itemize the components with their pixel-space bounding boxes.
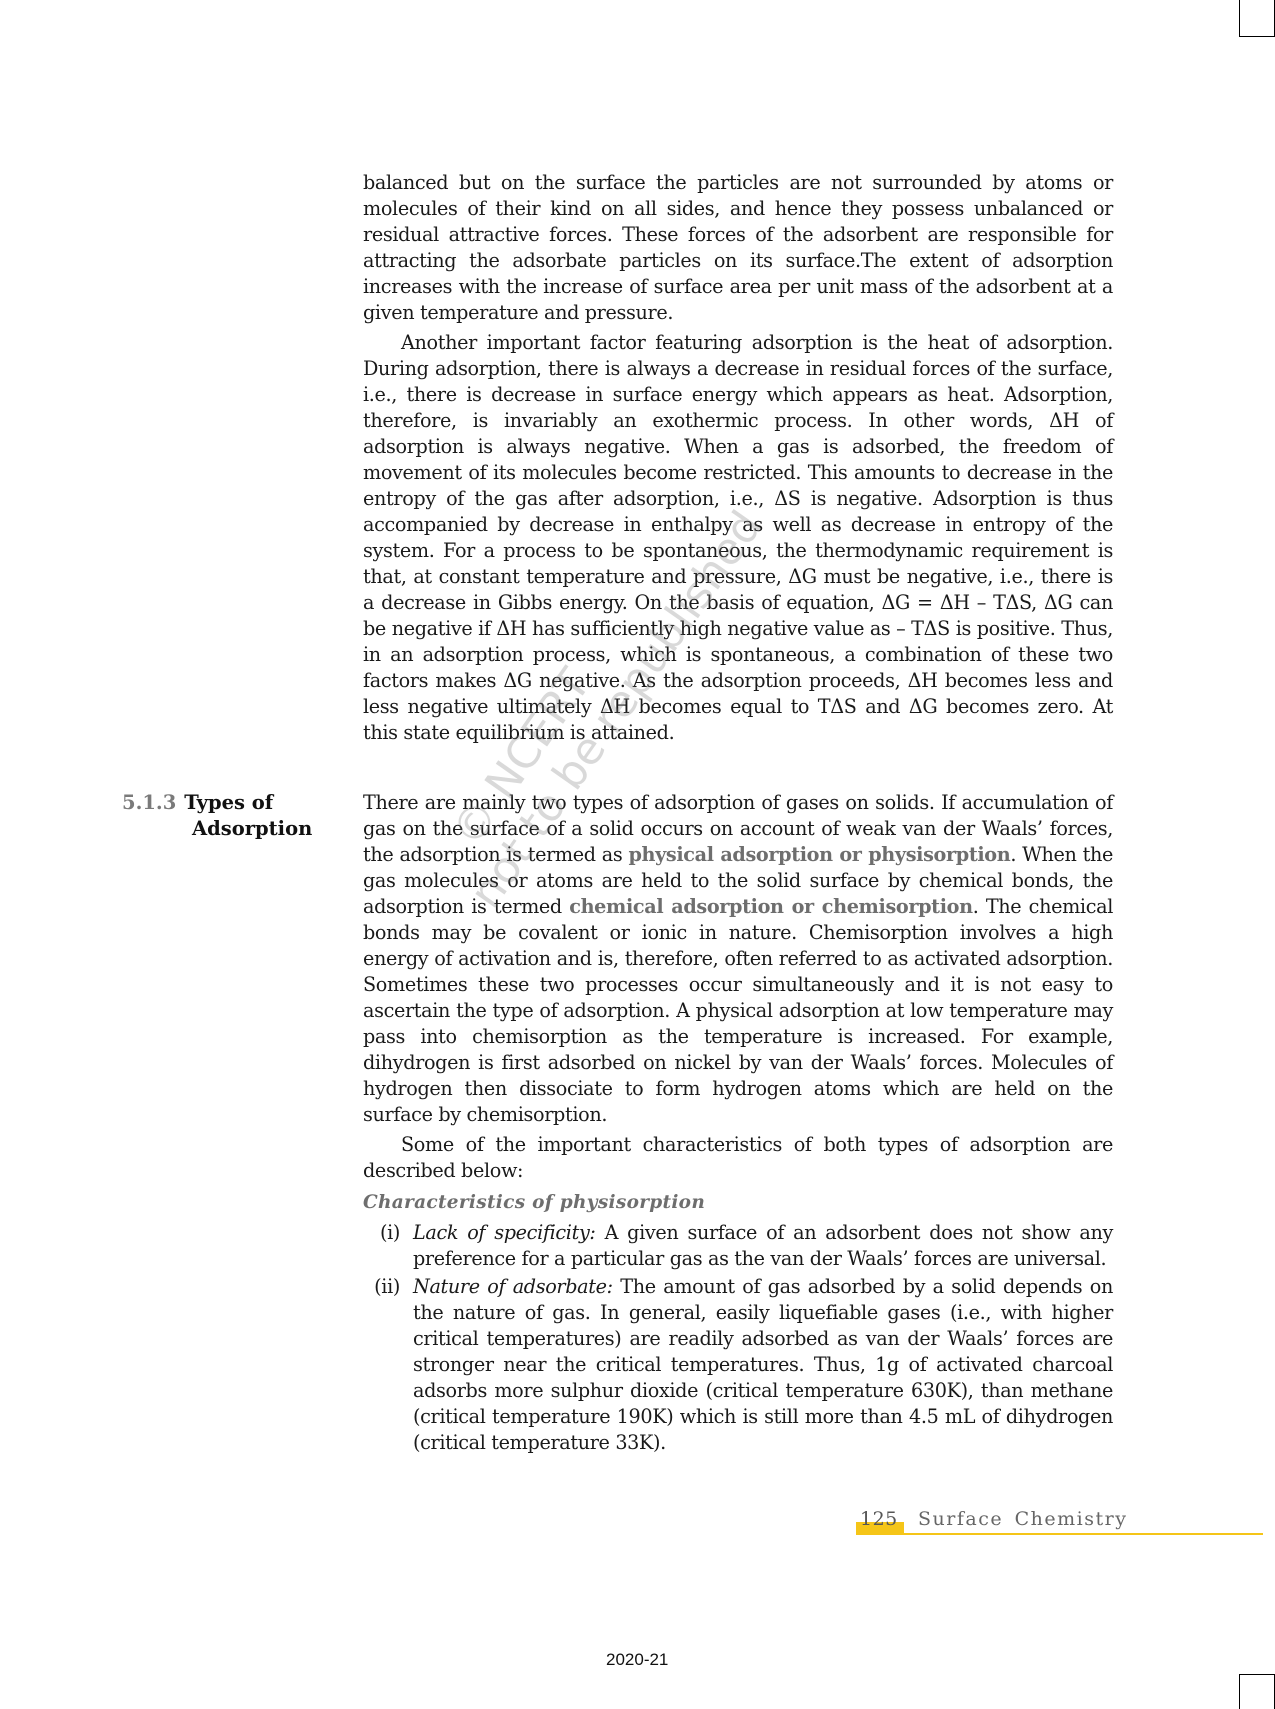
list-marker: (i): [363, 1220, 413, 1272]
list-body: Nature of adsorbate: The amount of gas a…: [413, 1274, 1113, 1456]
chapter-title: Surface Chemistry: [918, 1508, 1127, 1530]
list-text: The amount of gas adsorbed by a solid de…: [413, 1275, 1113, 1454]
paragraph-heat-of-adsorption: Another important factor featuring adsor…: [363, 330, 1113, 746]
section-text-column: There are mainly two types of adsorption…: [363, 790, 1113, 1456]
page-number: 125: [860, 1508, 898, 1530]
subheading-physisorption: Characteristics of physisorption: [363, 1190, 1113, 1216]
edition-year: 2020-21: [606, 1650, 668, 1670]
section-title-line1: Types of: [184, 791, 273, 814]
footer-rule: [856, 1533, 1263, 1535]
paragraph-characteristics-intro: Some of the important characteristics of…: [363, 1132, 1113, 1184]
crop-mark-bottom: [1239, 1674, 1275, 1709]
paragraph-continuation: balanced but on the surface the particle…: [363, 170, 1113, 326]
section-heading: 5.1.3Types of Adsorption: [122, 790, 312, 842]
list-marker: (ii): [363, 1274, 413, 1456]
section-number: 5.1.3: [122, 791, 176, 814]
list-item: (ii) Nature of adsorbate: The amount of …: [363, 1274, 1113, 1456]
keyword-chemisorption: chemical adsorption or chemisorption: [569, 895, 972, 918]
list-item: (i) Lack of specificity: A given surface…: [363, 1220, 1113, 1272]
crop-mark-top: [1239, 0, 1275, 37]
text-span: . The chemical bonds may be covalent or …: [363, 895, 1113, 1126]
section-title-line2: Adsorption: [122, 816, 312, 842]
list-body: Lack of specificity: A given surface of …: [413, 1220, 1113, 1272]
top-text-column: balanced but on the surface the particle…: [363, 170, 1113, 746]
list-lead: Lack of specificity:: [413, 1221, 596, 1244]
list-lead: Nature of adsorbate:: [413, 1275, 613, 1298]
keyword-physisorption: physical adsorption or physisorption: [628, 843, 1010, 866]
paragraph-types-of-adsorption: There are mainly two types of adsorption…: [363, 790, 1113, 1128]
